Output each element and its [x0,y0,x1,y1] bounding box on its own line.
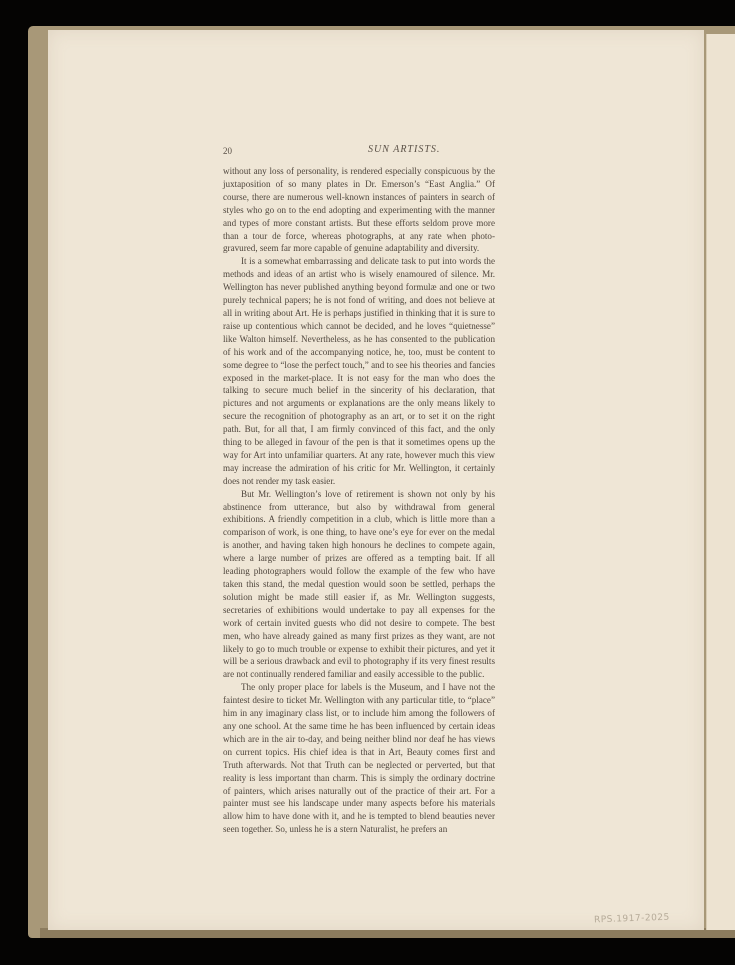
paragraph-2: It is a somewhat embarrassing and delica… [223,255,495,487]
paragraph-4: The only proper place for labels is the … [223,681,495,836]
page-header: 20 SUN ARTISTS. [223,144,715,160]
running-title: SUN ARTISTS. [368,144,440,155]
page-number: 20 [223,146,232,156]
next-page-edge [706,34,735,930]
paragraph-1: without any loss of personality, is rend… [223,165,495,255]
paragraph-3: But Mr. Wellington’s love of retirement … [223,488,495,682]
body-text: without any loss of personality, is rend… [223,165,495,836]
